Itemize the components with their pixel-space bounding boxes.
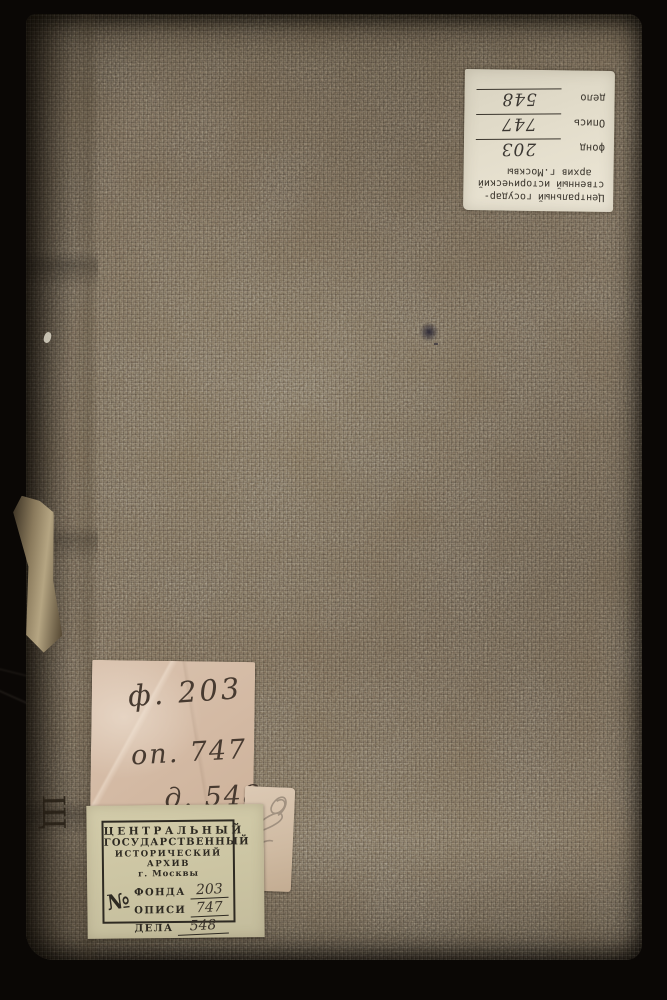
printed-field-value: 747 xyxy=(190,900,229,918)
stamp-field-label: Опись xyxy=(561,115,605,130)
stamp-field-value: 203 xyxy=(476,139,561,159)
stamp-field-label: дело xyxy=(562,90,606,105)
stamp-field-value: 548 xyxy=(477,89,562,109)
stamp-field-delo: дело 548 xyxy=(476,89,605,115)
stamp-organization-text: Центральный государ- ственный историческ… xyxy=(463,163,614,212)
printed-field-rows: ФОНДА 203 ОПИСИ 747 ДЕЛА 548 xyxy=(134,880,229,935)
stamp-field-value: 747 xyxy=(476,114,561,134)
stamp-org-line: Центральный государ- xyxy=(471,189,604,203)
archive-stamp-upside-down: Центральный государ- ственный историческ… xyxy=(463,69,615,212)
printed-org-line: г. Москвы xyxy=(104,868,233,879)
spine-handwritten-mark: Щ xyxy=(0,794,71,841)
printed-field-label: ФОНДА xyxy=(134,887,186,900)
printed-label-border: ЦЕНТРАЛЬНЫЙ ГОСУДАРСТВЕННЫЙ ИСТОРИЧЕСКИЙ… xyxy=(101,819,235,923)
printed-label-organization: ЦЕНТРАЛЬНЫЙ ГОСУДАРСТВЕННЫЙ ИСТОРИЧЕСКИЙ… xyxy=(104,824,234,879)
stamp-field-fond: фонд 203 xyxy=(476,139,605,165)
printed-field-fond: ФОНДА 203 xyxy=(134,880,228,899)
printed-field-opis: ОПИСИ 747 xyxy=(134,898,228,917)
spine-mark-glyph: Щ xyxy=(35,794,72,830)
photo-background: Центральный государ- ственный историческ… xyxy=(0,0,667,1000)
number-sign: № xyxy=(105,887,134,937)
printed-field-value: 203 xyxy=(189,882,228,900)
printed-field-label: ДЕЛА xyxy=(134,923,173,935)
printed-archive-label: ЦЕНТРАЛЬНЫЙ ГОСУДАРСТВЕННЫЙ ИСТОРИЧЕСКИЙ… xyxy=(86,804,264,939)
ink-blot xyxy=(420,323,438,343)
printed-field-delo: ДЕЛА 548 xyxy=(134,916,228,935)
handwritten-opis: оп. 747 xyxy=(130,734,248,771)
handwritten-fond: ф. 203 xyxy=(127,671,244,713)
printed-field-label: ОПИСИ xyxy=(134,905,186,918)
stamp-field-opis: Опись 747 xyxy=(476,114,605,140)
stamp-org-line: ственный исторический xyxy=(471,176,604,190)
printed-label-fields: № ФОНДА 203 ОПИСИ 747 ДЕЛА 548 xyxy=(104,880,234,935)
printed-field-value: 548 xyxy=(177,918,229,936)
book-cover: Центральный государ- ственный историческ… xyxy=(26,14,642,960)
printed-org-line: ИСТОРИЧЕСКИЙ АРХИВ xyxy=(104,848,233,869)
stamp-field-label: фонд xyxy=(561,140,605,155)
